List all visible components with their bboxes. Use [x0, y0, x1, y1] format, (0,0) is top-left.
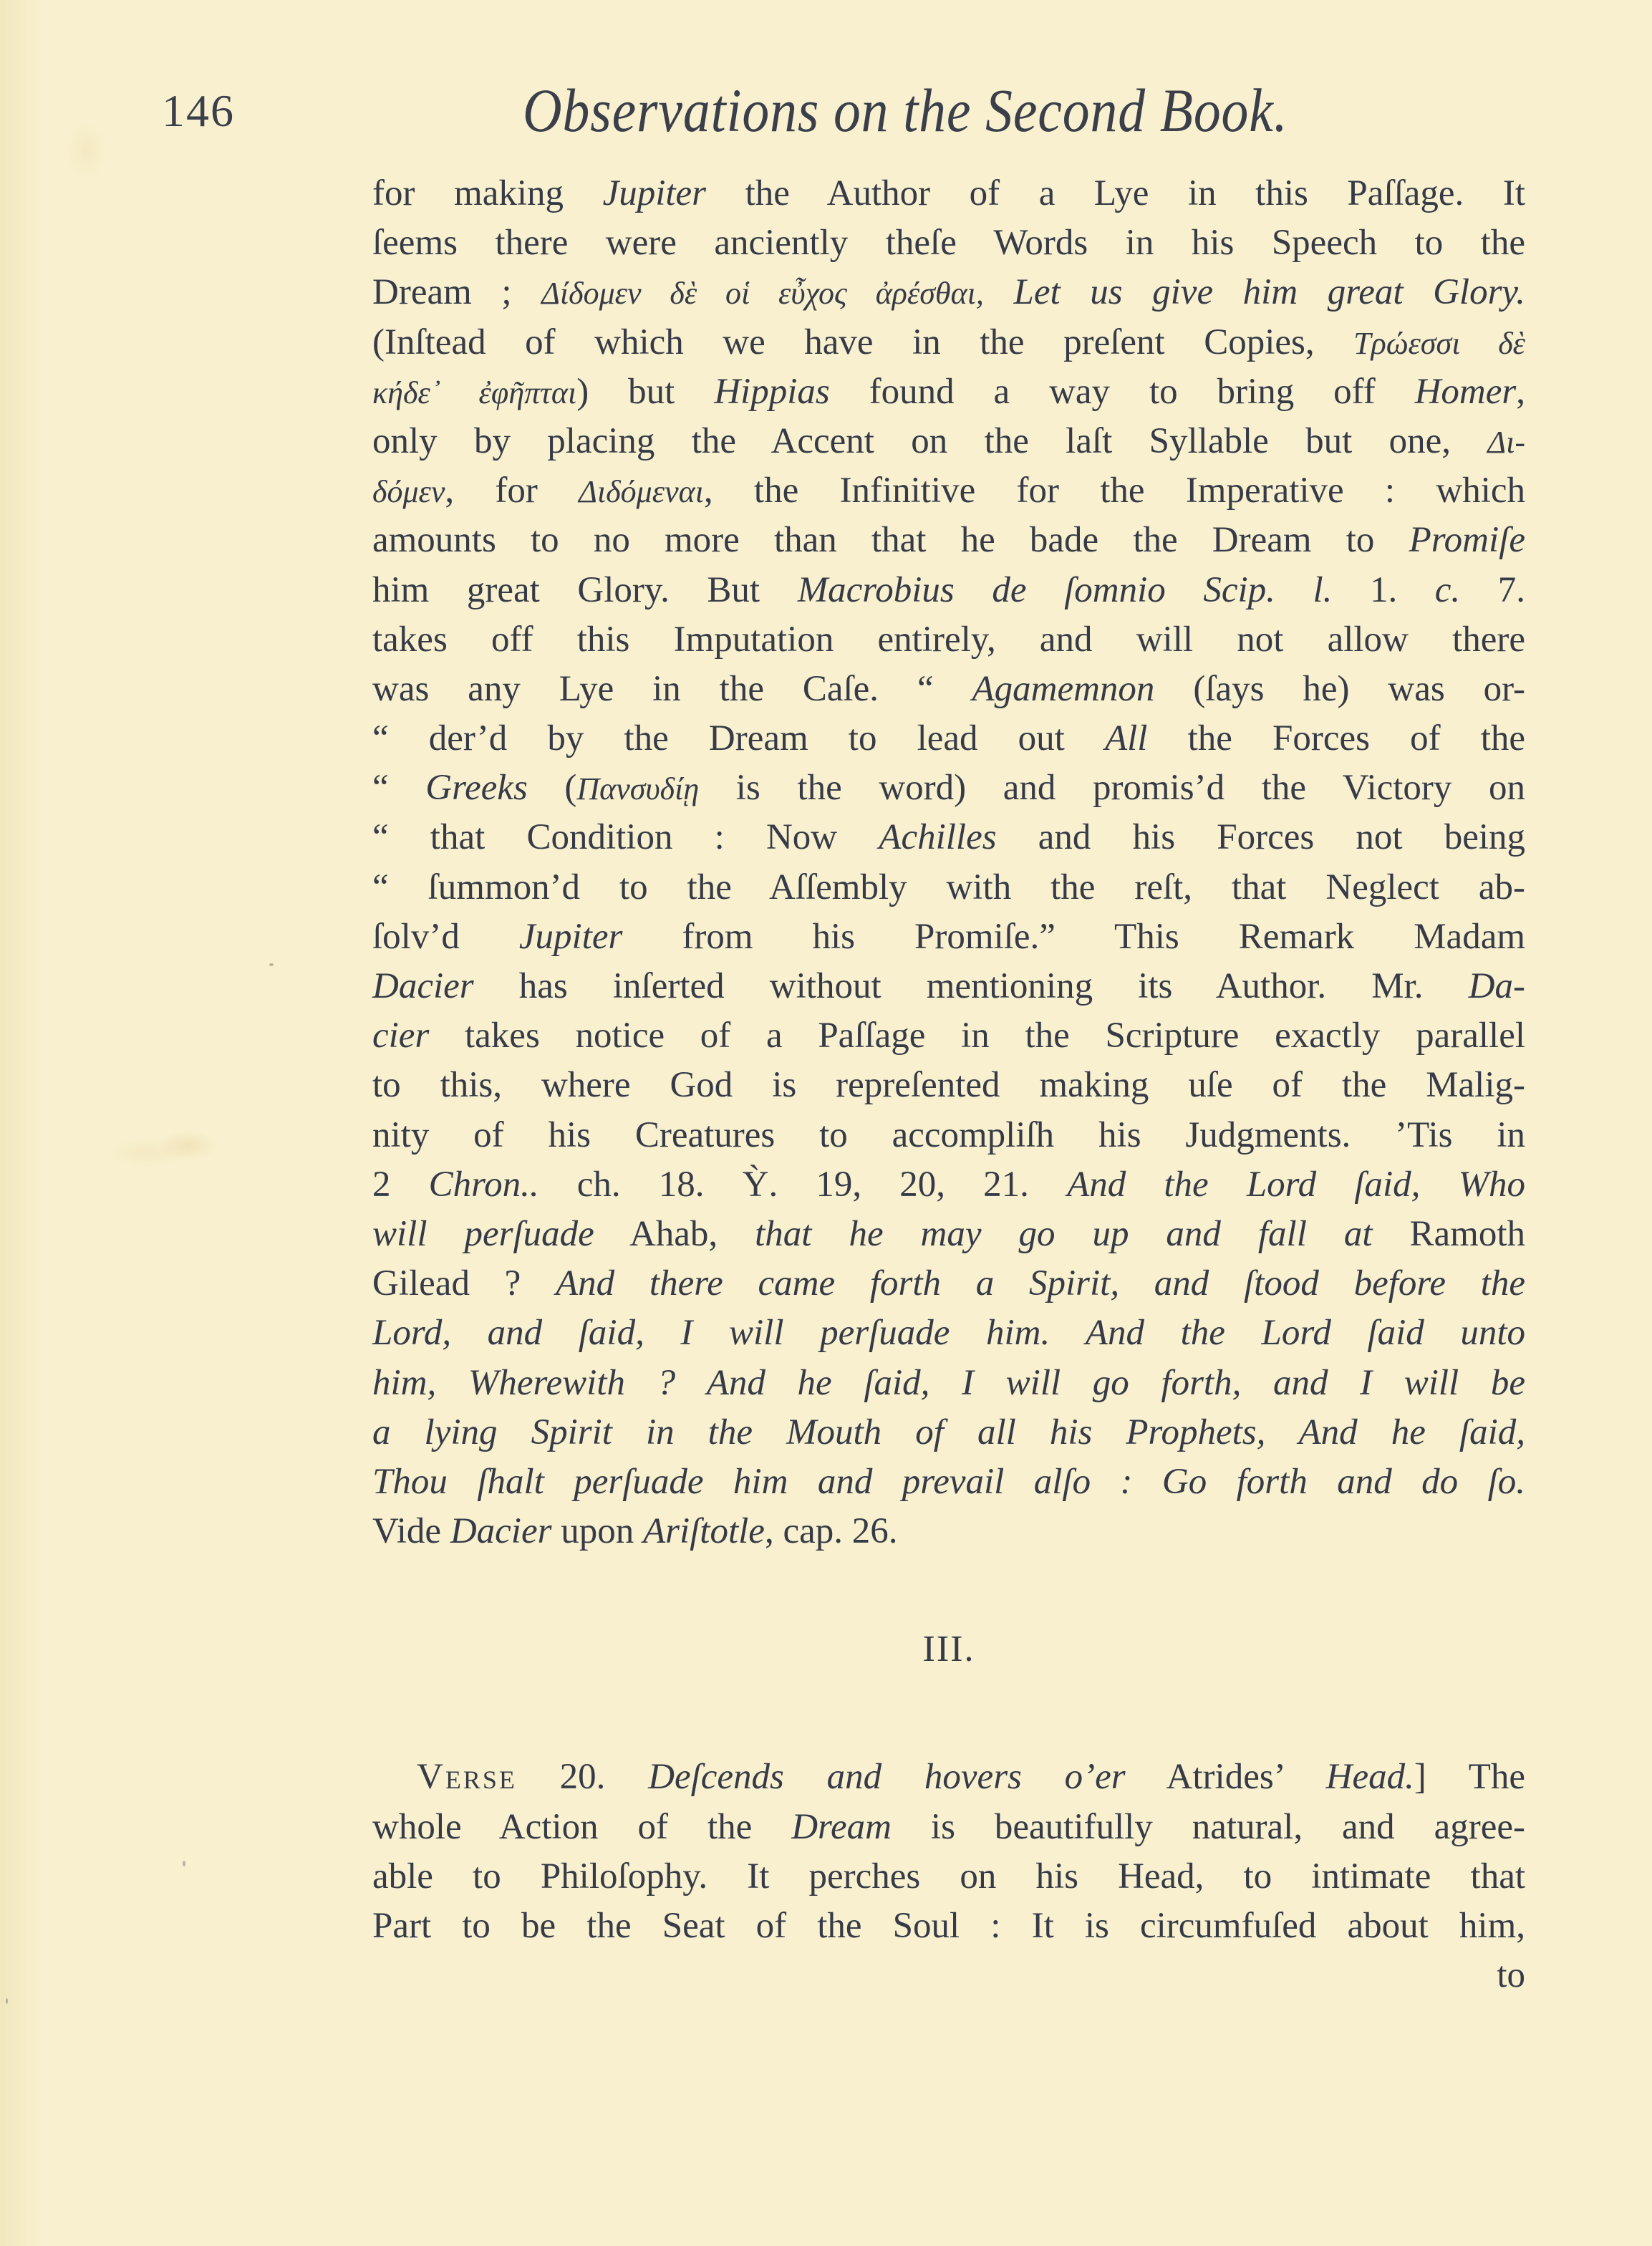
italic-text: Dacier	[372, 966, 474, 1006]
text-run: amounts to no more than that he bade the…	[372, 520, 1409, 560]
text-run: found a way to bring off	[830, 372, 1415, 412]
italic-text: c.	[1435, 570, 1460, 610]
text-run: Vide	[372, 1511, 450, 1551]
text-run: , cap. 26.	[765, 1511, 898, 1551]
text-run: , for	[445, 471, 579, 511]
text-run: Part to be the Seat of the Soul : It is …	[372, 1906, 1525, 1946]
text-run: Gilead ?	[372, 1263, 556, 1303]
italic-text: And the Lord ſaid, Who	[1067, 1165, 1525, 1205]
book-page: 146 Observations on the Second Book. for…	[0, 0, 1652, 2246]
greek-text: κήδε᾽ ἐφῆπται	[372, 375, 576, 410]
text-line: a lying Spirit in the Mouth of all his P…	[372, 1408, 1525, 1457]
text-run: takes off this Imputation entirely, and …	[372, 620, 1525, 660]
text-run: Ahab,	[594, 1214, 755, 1254]
text-run: is beautifully natural, and agree-	[892, 1807, 1525, 1847]
verse-lemma-line: Verse 20. Deſcends and hovers o’er Atrid…	[372, 1753, 1525, 1802]
italic-text: Dream	[791, 1807, 892, 1847]
italic-text: Hippias	[714, 372, 830, 412]
paragraph-verse-note: whole Action of the Dream is beautifully…	[372, 1803, 1525, 1952]
text-line: 2 Chron.. ch. 18. Ỳ. 19, 20, 21. And the…	[372, 1160, 1525, 1210]
verse-lemma-end: Head.	[1326, 1757, 1414, 1797]
text-line: (Inſtead of which we have in the preſent…	[372, 318, 1525, 367]
verse-lemma-close: ] The	[1414, 1757, 1525, 1797]
greek-text: Δίδομεν δὲ οἱ εὖχος ἀρέσθαι,	[541, 276, 984, 311]
text-run: for making	[372, 173, 603, 213]
text-run: “	[372, 768, 425, 808]
text-run: the Forces of the	[1147, 718, 1525, 758]
text-run: the Author of a Lye in this Paſſage. It	[706, 173, 1525, 213]
text-run: 7.	[1460, 570, 1525, 610]
italic-text: Dacier	[450, 1511, 552, 1551]
text-run: Ramoth	[1373, 1214, 1525, 1254]
text-run: , the Infinitive for the Imperative : wh…	[704, 471, 1525, 511]
text-line: nity of his Creatures to accompliſh his …	[372, 1111, 1525, 1160]
text-line: him great Glory. But Macrobius de ſomnio…	[372, 566, 1525, 615]
italic-text: Da-	[1469, 966, 1525, 1006]
italic-text: Greeks	[425, 768, 528, 808]
text-run: was any Lye in the Caſe. “	[372, 669, 972, 709]
italic-text: Promiſe	[1409, 520, 1525, 560]
text-line: Lord, and ſaid, I will perſuade him. And…	[372, 1308, 1525, 1358]
text-run: Dream ;	[372, 272, 541, 312]
text-run: ) but	[576, 372, 714, 412]
text-line: Gilead ? And there came forth a Spirit, …	[372, 1259, 1525, 1308]
text-line: only by placing the Accent on the laſt S…	[372, 417, 1525, 466]
text-line: δόμεν, for Διδόμεναι, the Infinitive for…	[372, 466, 1525, 516]
text-run: ſeems there were anciently theſe Words i…	[372, 223, 1525, 263]
catchword: to	[1497, 1955, 1525, 1995]
italic-text: a lying Spirit in the Mouth of all his P…	[372, 1412, 1525, 1452]
paragraph-commentary: for making Jupiter the Author of a Lye i…	[372, 169, 1525, 1556]
greek-text: Πανσυδίῃ	[576, 771, 699, 806]
text-line: takes off this Imputation entirely, and …	[372, 615, 1525, 665]
text-run: (ſays he) was or-	[1154, 669, 1525, 709]
text-run: whole Action of the	[372, 1807, 791, 1847]
text-run: only by placing the Accent on the laſt S…	[372, 421, 1487, 461]
text-line: will perſuade Ahab, that he may go up an…	[372, 1210, 1525, 1259]
verse-lemma-plain: Atrides’	[1126, 1757, 1326, 1797]
paper-speck	[183, 1861, 185, 1866]
text-run: (	[528, 768, 577, 808]
text-line: cier takes notice of a Paſſage in the Sc…	[372, 1011, 1525, 1061]
text-run: him great Glory. But	[372, 570, 798, 610]
text-line: Dacier has inſerted without mentioning i…	[372, 962, 1525, 1011]
italic-text: Agamemnon	[972, 669, 1154, 709]
italic-text: Lord, and ſaid, I will perſuade him. And…	[372, 1313, 1525, 1353]
text-run: to this, where God is repreſented making…	[372, 1065, 1525, 1105]
text-run: “ ſummon’d to the Aſſembly with the reſt…	[372, 867, 1525, 907]
text-line: “ Greeks (Πανσυδίῃ is the word) and prom…	[372, 763, 1525, 813]
text-line: for making Jupiter the Author of a Lye i…	[372, 169, 1525, 218]
text-line: whole Action of the Dream is beautifully…	[372, 1803, 1525, 1852]
greek-text: Δι-	[1487, 425, 1525, 460]
page-number: 146	[162, 85, 235, 138]
italic-text: that he may go up and fall at	[755, 1214, 1372, 1254]
text-run: is the word) and promis’d the Victory on	[699, 768, 1525, 808]
text-line: “ der’d by the Dream to lead out All the…	[372, 714, 1525, 763]
text-run: ,	[1516, 372, 1525, 412]
italic-text: And there came forth a Spirit, and ſtood…	[556, 1263, 1525, 1303]
italic-text: Homer	[1415, 372, 1517, 412]
text-run: 1.	[1332, 570, 1434, 610]
text-run	[984, 272, 1014, 312]
text-run: takes notice of a Paſſage in the Scriptu…	[429, 1016, 1525, 1056]
italic-text: Let us give him great Glory.	[1013, 272, 1525, 312]
text-line: “ ſummon’d to the Aſſembly with the reſt…	[372, 863, 1525, 912]
text-run: from his Promiſe.” This Remark Madam	[622, 917, 1525, 957]
text-run: “ der’d by the Dream to lead out	[372, 718, 1105, 758]
text-line: amounts to no more than that he bade the…	[372, 516, 1525, 565]
text-run: upon	[551, 1511, 643, 1551]
verse-label: Verse	[417, 1757, 517, 1797]
text-line: able to Philoſophy. It perches on his He…	[372, 1852, 1525, 1902]
italic-text: Chron..	[429, 1165, 539, 1205]
italic-text: Macrobius de ſomnio Scip. l.	[798, 570, 1333, 610]
italic-text: Achilles	[879, 817, 996, 857]
text-line: was any Lye in the Caſe. “ Agamemnon (ſa…	[372, 665, 1525, 714]
text-run: nity of his Creatures to accompliſh his …	[372, 1115, 1525, 1155]
paper-speck	[6, 1998, 8, 2004]
italic-text: Ariſtotle	[643, 1511, 765, 1551]
greek-text: Τρώεσσι δὲ	[1353, 326, 1525, 361]
verse-number: 20.	[560, 1757, 606, 1797]
text-run: “ that Condition : Now	[372, 817, 879, 857]
greek-text: δόμεν	[372, 474, 445, 509]
italic-text: Thou ſhalt perſuade him and prevail alſo…	[372, 1462, 1525, 1502]
text-run: and his Forces not being	[997, 817, 1525, 857]
italic-text: All	[1105, 718, 1148, 758]
body-text: for making Jupiter the Author of a Lye i…	[372, 169, 1525, 2000]
paper-speck	[269, 963, 274, 966]
italic-text: him, Wherewith ? And he ſaid, I will go …	[372, 1363, 1525, 1403]
text-run: has inſerted without mentioning its Auth…	[474, 966, 1469, 1006]
verse-lemma: Deſcends and hovers o’er	[648, 1757, 1125, 1797]
italic-text: Jupiter	[603, 173, 706, 213]
catchword-line: to	[372, 1951, 1525, 2000]
text-line: Part to be the Seat of the Soul : It is …	[372, 1902, 1525, 1951]
text-line: him, Wherewith ? And he ſaid, I will go …	[372, 1359, 1525, 1408]
text-line: to this, where God is repreſented making…	[372, 1061, 1525, 1110]
italic-text: cier	[372, 1016, 429, 1056]
text-line: “ that Condition : Now Achilles and his …	[372, 813, 1525, 862]
italic-text: Jupiter	[519, 917, 622, 957]
section-heading: III.	[372, 1624, 1525, 1674]
text-line: Thou ſhalt perſuade him and prevail alſo…	[372, 1457, 1525, 1507]
text-run: (Inſtead of which we have in the preſent…	[372, 322, 1353, 362]
text-run: 2	[372, 1165, 429, 1205]
italic-text: will perſuade	[372, 1214, 594, 1254]
text-line: κήδε᾽ ἐφῆπται) but Hippias found a way t…	[372, 367, 1525, 417]
text-line: Dream ; Δίδομεν δὲ οἱ εὖχος ἀρέσθαι, Let…	[372, 268, 1525, 317]
greek-text: Διδόμεναι	[579, 474, 704, 509]
text-line: ſolv’d Jupiter from his Promiſe.” This R…	[372, 912, 1525, 962]
text-line: Vide Dacier upon Ariſtotle, cap. 26.	[372, 1507, 1525, 1556]
text-line: ſeems there were anciently theſe Words i…	[372, 218, 1525, 268]
running-head: Observations on the Second Book.	[523, 74, 1288, 146]
text-run: ſolv’d	[372, 917, 519, 957]
text-run: able to Philoſophy. It perches on his He…	[372, 1856, 1525, 1896]
text-run: ch. 18. Ỳ. 19, 20, 21.	[539, 1165, 1067, 1205]
section-numeral: III.	[923, 1629, 975, 1669]
